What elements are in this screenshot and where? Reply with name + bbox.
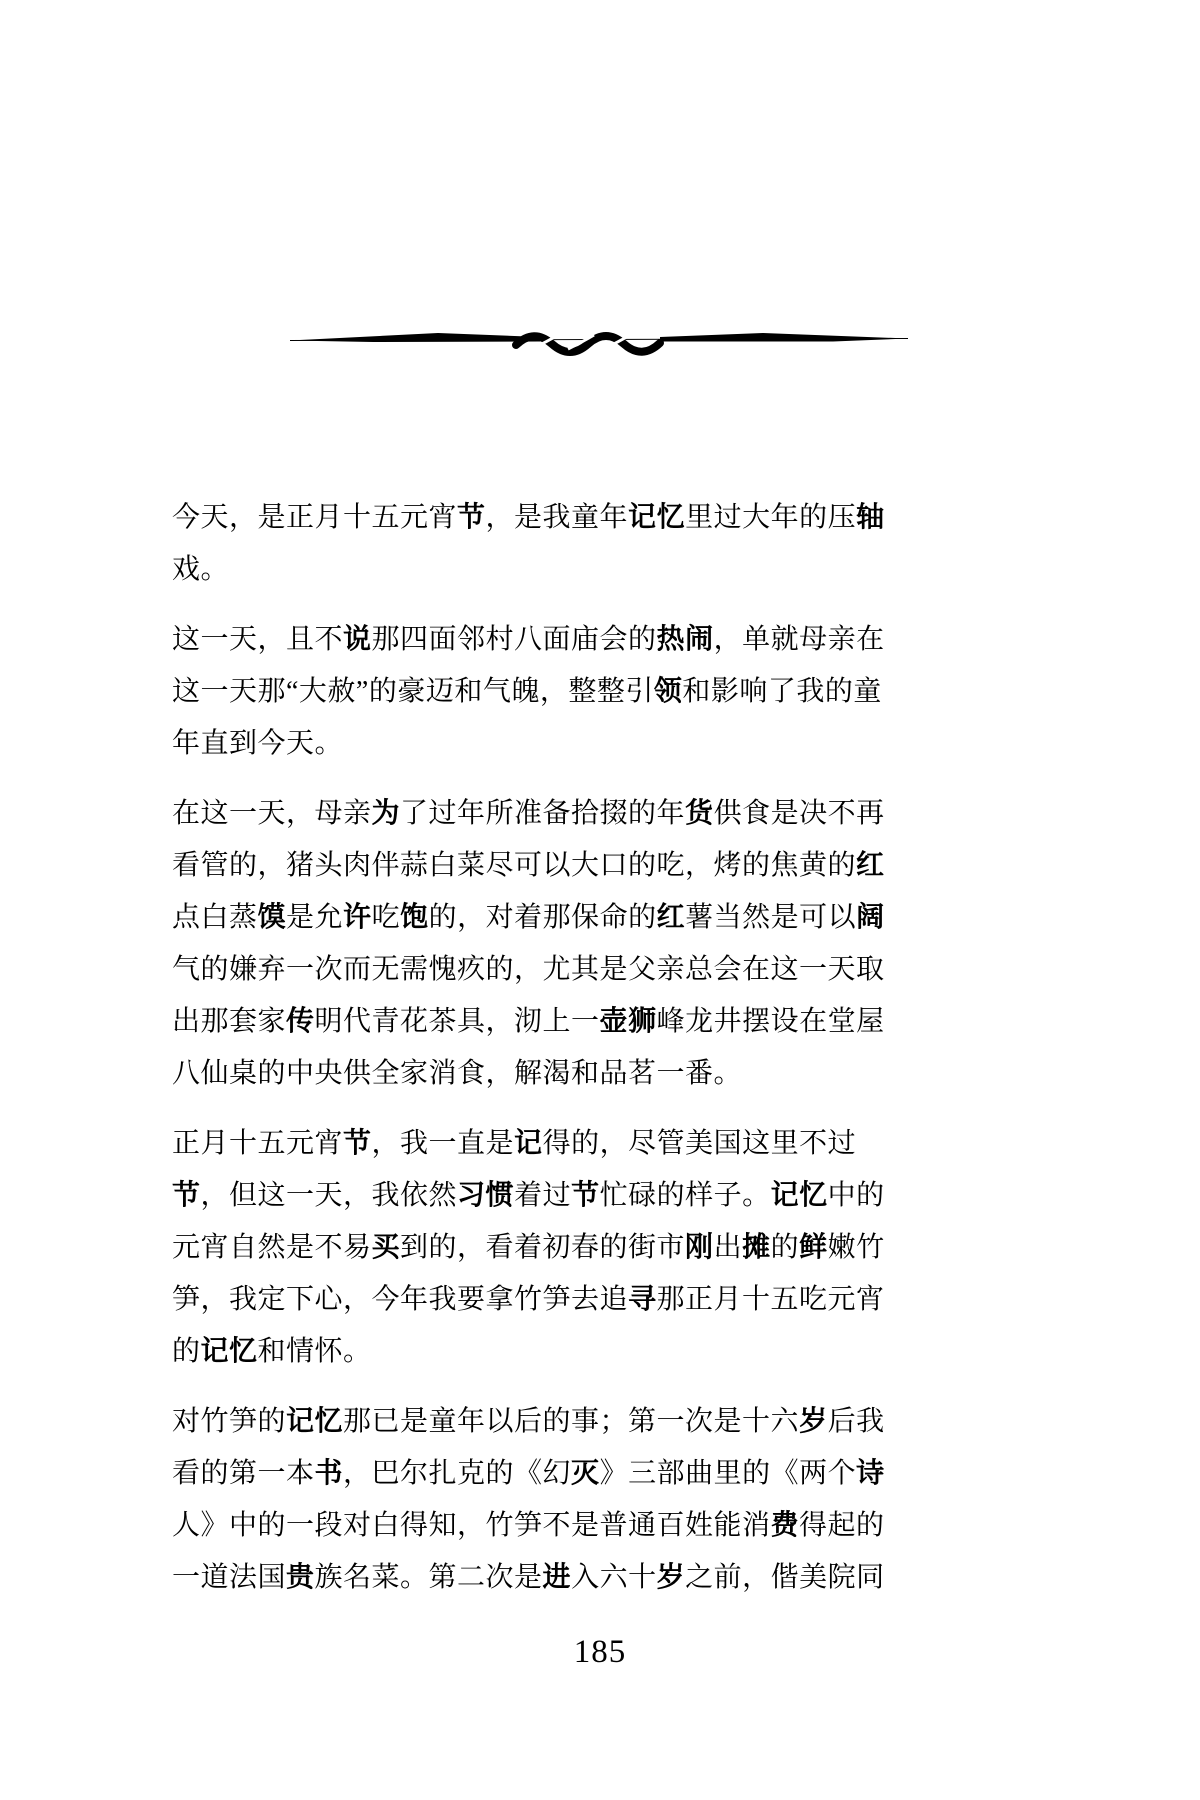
paragraph-2: 这一天，且不说那四面邻村八面庙会的热闹，单就母亲在 这一天那“大赦”的豪迈和气魄… [172, 614, 888, 770]
section-divider [288, 322, 910, 356]
text-line: 对竹笋的记忆那已是童年以后的事；第一次是十六岁后我 [172, 1396, 888, 1448]
text-line: 人》中的一段对白得知，竹笋不是普通百姓能消费得起的 [172, 1500, 888, 1552]
page-number: 185 [0, 1634, 1200, 1671]
text-line: 节，但这一天，我依然习惯着过节忙碌的样子。记忆中的 [172, 1170, 888, 1222]
text-line: 出那套家传明代青花茶具，沏上一壶狮峰龙井摆设在堂屋 [172, 996, 888, 1048]
text-line: 的记忆和情怀。 [172, 1326, 888, 1378]
body-text: 今天，是正月十五元宵节，是我童年记忆里过大年的压轴 戏。 这一天，且不说那四面邻… [172, 492, 888, 1622]
text-line: 年直到今天。 [172, 718, 888, 770]
text-line: 笋，我定下心，今年我要拿竹笋去追寻那正月十五吃元宵 [172, 1274, 888, 1326]
text-line: 看的第一本书，巴尔扎克的《幻灭》三部曲里的《两个诗 [172, 1448, 888, 1500]
text-line: 今天，是正月十五元宵节，是我童年记忆里过大年的压轴 [172, 492, 888, 544]
text-line: 点白蒸馍是允许吃饱的，对着那保命的红薯当然是可以阔 [172, 892, 888, 944]
text-line: 戏。 [172, 544, 888, 596]
swirl-ornament-icon [288, 322, 910, 356]
paragraph-1: 今天，是正月十五元宵节，是我童年记忆里过大年的压轴 戏。 [172, 492, 888, 596]
text-line: 元宵自然是不易买到的，看着初春的街市刚出摊的鲜嫩竹 [172, 1222, 888, 1274]
text-line: 八仙桌的中央供全家消食，解渴和品茗一番。 [172, 1048, 888, 1100]
book-page: 今天，是正月十五元宵节，是我童年记忆里过大年的压轴 戏。 这一天，且不说那四面邻… [0, 0, 1200, 1800]
paragraph-5: 对竹笋的记忆那已是童年以后的事；第一次是十六岁后我 看的第一本书，巴尔扎克的《幻… [172, 1396, 888, 1604]
paragraph-4: 正月十五元宵节，我一直是记得的，尽管美国这里不过 节，但这一天，我依然习惯着过节… [172, 1118, 888, 1378]
text-line: 看管的，猪头肉伴蒜白菜尽可以大口的吃，烤的焦黄的红 [172, 840, 888, 892]
text-line: 正月十五元宵节，我一直是记得的，尽管美国这里不过 [172, 1118, 888, 1170]
paragraph-3: 在这一天，母亲为了过年所准备拾掇的年货供食是决不再 看管的，猪头肉伴蒜白菜尽可以… [172, 788, 888, 1100]
text-line: 气的嫌弃一次而无需愧疚的，尤其是父亲总会在这一天取 [172, 944, 888, 996]
text-line: 这一天那“大赦”的豪迈和气魄，整整引领和影响了我的童 [172, 666, 888, 718]
text-line: 这一天，且不说那四面邻村八面庙会的热闹，单就母亲在 [172, 614, 888, 666]
text-line: 一道法国贵族名菜。第二次是进入六十岁之前，偕美院同 [172, 1552, 888, 1604]
text-line: 在这一天，母亲为了过年所准备拾掇的年货供食是决不再 [172, 788, 888, 840]
